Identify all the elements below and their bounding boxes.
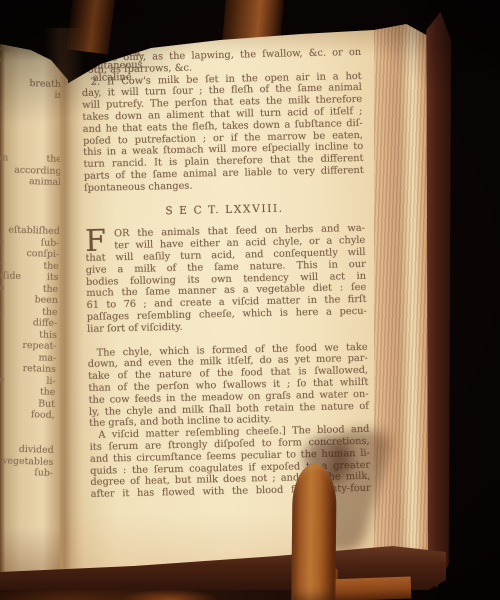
photo-antique-open-book: Sect. 76, 77. e ſcurvy, (fortiſcorbutick… <box>0 0 500 600</box>
left-fragments-4: t be dividedn vegetablesanimal ſub-ſtanc… <box>0 441 54 491</box>
left-page-text: Sect. 76, 77. e ſcurvy, (fortiſcorbutick… <box>0 40 65 490</box>
drop-cap-letter: F <box>85 230 111 254</box>
paragraph-cows-milk: 2. If Cow's milk be ſet in the open air … <box>82 70 365 194</box>
paragraph-the-chyle: The chyle, which is formed of the food w… <box>88 341 370 430</box>
section-heading: S E C T. LXXVIII. <box>84 201 364 219</box>
book-fore-edge-pages <box>374 24 428 586</box>
right-page-text: Sect. 77, 78. a ſpontaneous alcaline Cau… <box>81 43 371 501</box>
display-stand-post <box>291 464 336 600</box>
text-line: t be divided <box>0 441 54 456</box>
stand-ledge-bar <box>325 577 412 600</box>
paragraph-section-78: F OR the animals that feed on herbs and … <box>85 223 367 335</box>
left-page: Sect. 76, 77. e ſcurvy, (fortiſcorbutick… <box>0 34 68 582</box>
stand-rear-prong-left <box>67 0 116 54</box>
left-fragments-3: he eſtabliſhedfrom the ſub-y the conſpi-… <box>0 222 60 433</box>
left-fragments-1: e ſcurvy, (fortiſcorbuticks,)hæmorrhages… <box>0 40 65 113</box>
left-fragments-2: eding on the1. accordingthe animalrent p… <box>0 150 62 200</box>
